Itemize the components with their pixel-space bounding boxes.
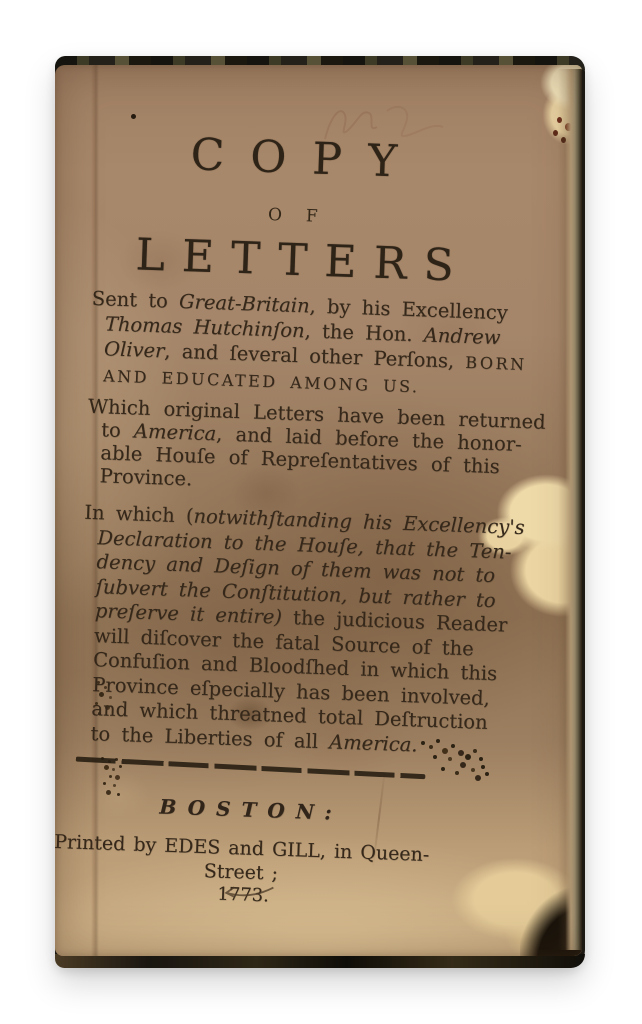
binding-bottom-edge — [55, 954, 585, 968]
photo-backdrop: COPY OF LETTERS Sent to Great-Britain, b… — [0, 0, 642, 1024]
title-page: COPY OF LETTERS Sent to Great-Britain, b… — [55, 65, 582, 956]
reader-note-paragraph: In which (notwithſtanding his Excellency… — [76, 501, 504, 761]
subtitle-paragraph: Sent to Great-Britain, by his Excellency… — [89, 286, 512, 403]
main-title-copy: COPY — [96, 130, 517, 189]
imprint: BOSTON: Printed by EDES and GILL, in Que… — [55, 790, 478, 915]
fore-edge-pages — [558, 69, 582, 950]
title-of: OF — [95, 201, 515, 233]
returned-letters-paragraph: Which original Letters have been returne… — [85, 395, 508, 502]
section-rule — [76, 757, 426, 780]
imprint-city: BOSTON: — [55, 790, 448, 830]
book: COPY OF LETTERS Sent to Great-Britain, b… — [55, 56, 585, 968]
pen-arrow-mark — [219, 880, 278, 904]
letterpress-text: COPY OF LETTERS Sent to Great-Britain, b… — [69, 65, 520, 956]
main-title-letters: LETTERS — [93, 232, 514, 291]
